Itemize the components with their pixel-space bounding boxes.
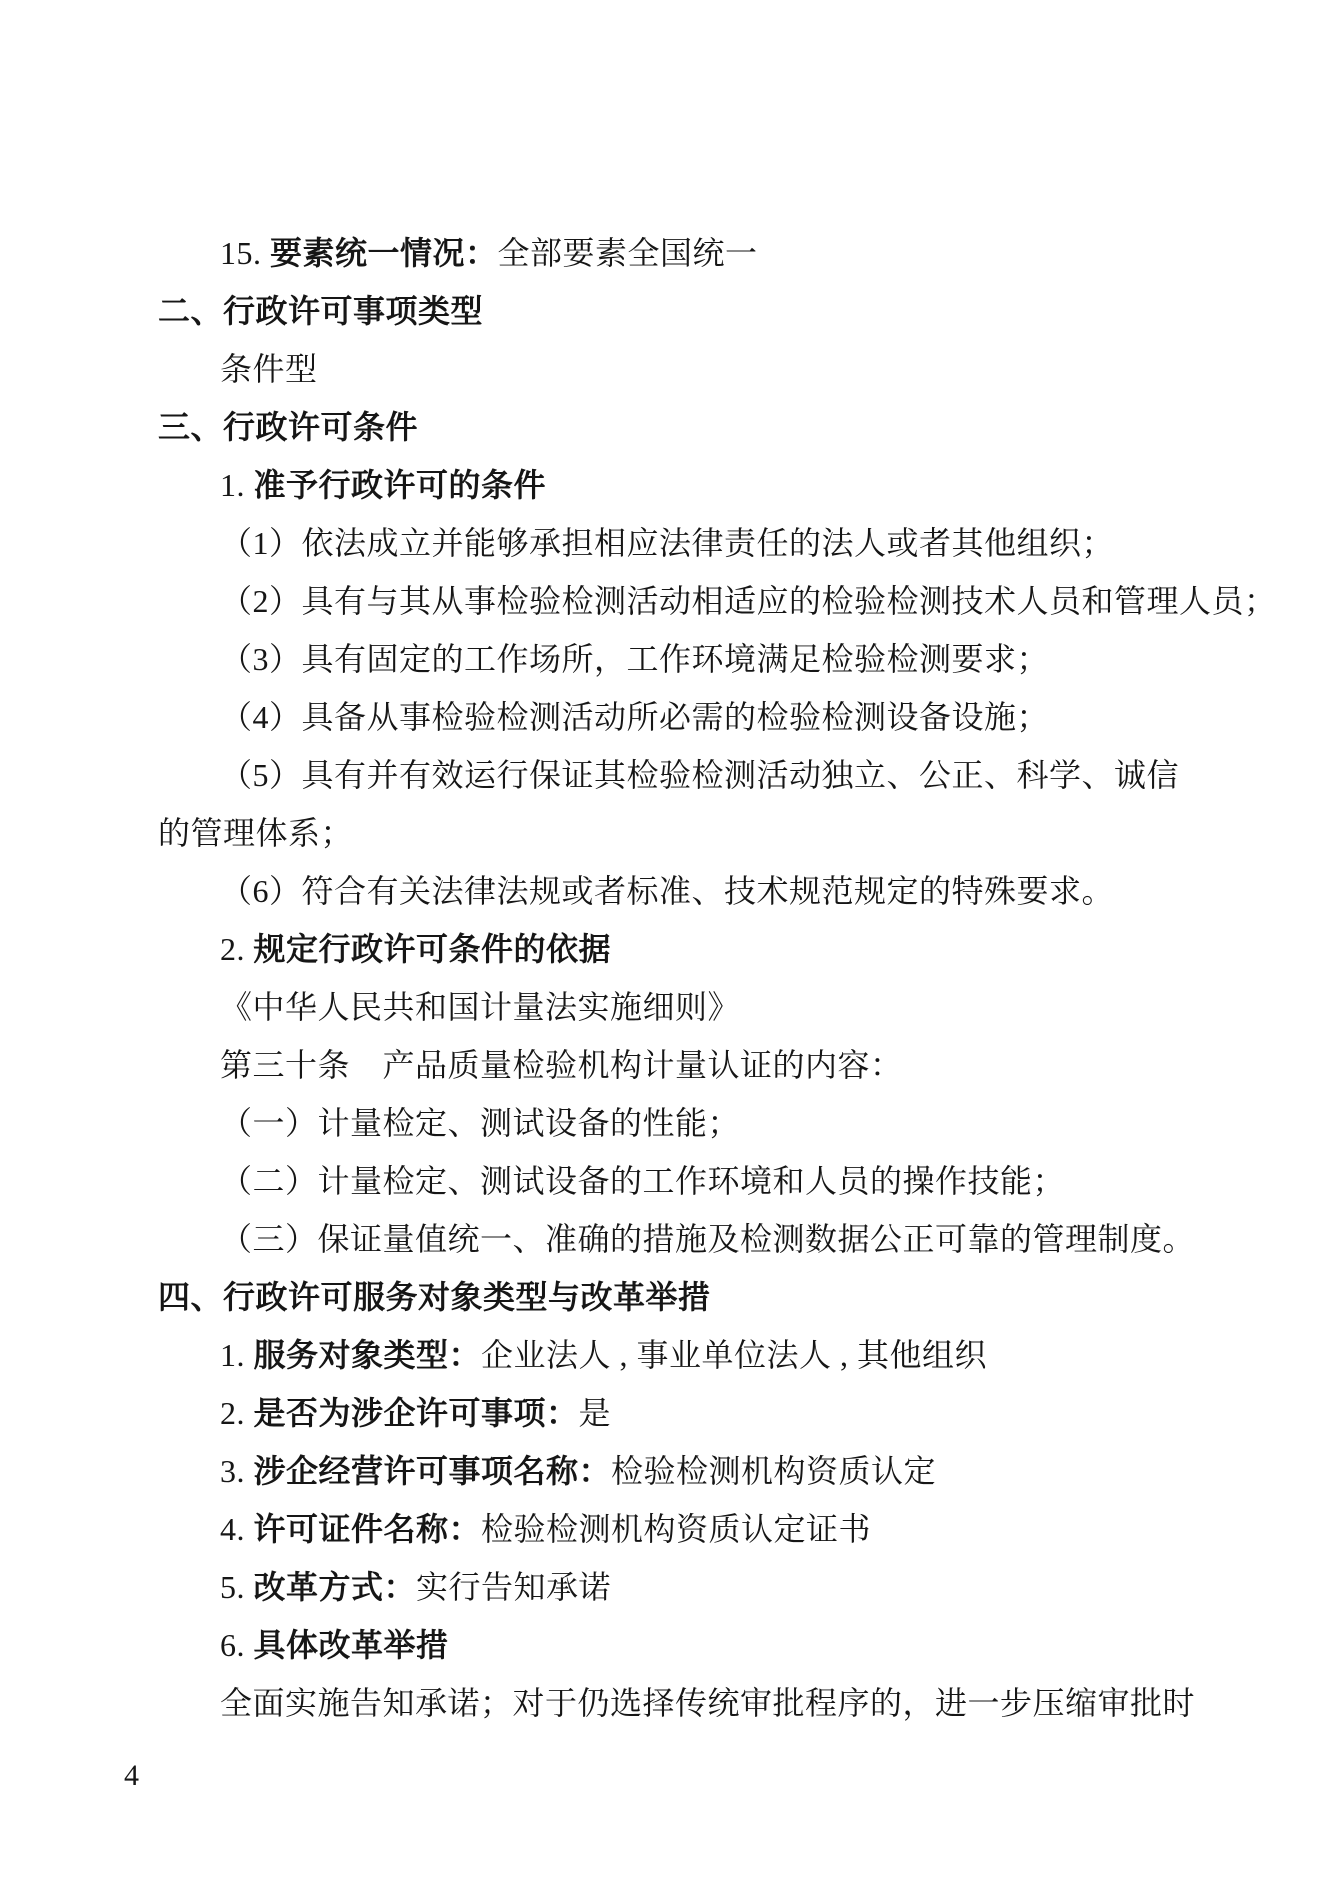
item-value: 实行告知承诺 xyxy=(416,1569,611,1605)
section-heading: 二、行政许可事项类型 xyxy=(158,282,1220,340)
numbered-item-line: 2. 是否为涉企许可事项：是 xyxy=(158,1384,1220,1442)
text-line: （2）具有与其从事检验检测活动相适应的检验检测技术人员和管理人员； xyxy=(158,572,1220,630)
item-number: 2. xyxy=(220,1395,254,1431)
numbered-item-line: 1. 准予行政许可的条件 xyxy=(158,456,1220,514)
text-line: （6）符合有关法律法规或者标准、技术规范规定的特殊要求。 xyxy=(158,862,1220,920)
text-line: 条件型 xyxy=(158,340,1220,398)
text-line: （3）具有固定的工作场所，工作环境满足检验检测要求； xyxy=(158,630,1220,688)
item-number: 5. xyxy=(220,1569,254,1605)
text-line: （三）保证量值统一、准确的措施及检测数据公正可靠的管理制度。 xyxy=(158,1210,1220,1268)
text-line: 全面实施告知承诺；对于仍选择传统审批程序的，进一步压缩审批时 xyxy=(158,1674,1220,1732)
item-label: 涉企经营许可事项名称： xyxy=(254,1453,612,1489)
numbered-item-line: 4. 许可证件名称：检验检测机构资质认定证书 xyxy=(158,1500,1220,1558)
item-value: 企业法人 , 事业单位法人 , 其他组织 xyxy=(481,1337,987,1373)
numbered-item-line: 6. 具体改革举措 xyxy=(158,1616,1220,1674)
item-number: 15. xyxy=(220,235,270,271)
item-number: 4. xyxy=(220,1511,254,1547)
item-label: 规定行政许可条件的依据 xyxy=(254,931,612,967)
document-body: 15. 要素统一情况：全部要素全国统一二、行政许可事项类型条件型三、行政许可条件… xyxy=(158,224,1220,1732)
item-label: 是否为涉企许可事项： xyxy=(254,1395,579,1431)
item-value: 全部要素全国统一 xyxy=(498,235,758,271)
section-heading: 四、行政许可服务对象类型与改革举措 xyxy=(158,1268,1220,1326)
numbered-item-line: 3. 涉企经营许可事项名称：检验检测机构资质认定 xyxy=(158,1442,1220,1500)
document-page: 15. 要素统一情况：全部要素全国统一二、行政许可事项类型条件型三、行政许可条件… xyxy=(0,0,1339,1890)
item-label: 许可证件名称： xyxy=(254,1511,482,1547)
numbered-item-line: 15. 要素统一情况：全部要素全国统一 xyxy=(158,224,1220,282)
item-number: 2. xyxy=(220,931,254,967)
item-number: 1. xyxy=(220,1337,254,1373)
text-line: （4）具备从事检验检测活动所必需的检验检测设备设施； xyxy=(158,688,1220,746)
item-number: 3. xyxy=(220,1453,254,1489)
numbered-item-line: 2. 规定行政许可条件的依据 xyxy=(158,920,1220,978)
text-line: （一）计量检定、测试设备的性能； xyxy=(158,1094,1220,1152)
text-line: 第三十条 产品质量检验机构计量认证的内容： xyxy=(158,1036,1220,1094)
item-value: 检验检测机构资质认定 xyxy=(611,1453,936,1489)
item-number: 1. xyxy=(220,467,254,503)
item-value: 检验检测机构资质认定证书 xyxy=(481,1511,871,1547)
text-line: （5）具有并有效运行保证其检验检测活动独立、公正、科学、诚信 xyxy=(158,746,1220,804)
item-value: 是 xyxy=(579,1395,612,1431)
text-line: （1）依法成立并能够承担相应法律责任的法人或者其他组织； xyxy=(158,514,1220,572)
numbered-item-line: 1. 服务对象类型：企业法人 , 事业单位法人 , 其他组织 xyxy=(158,1326,1220,1384)
item-label: 改革方式： xyxy=(254,1569,417,1605)
item-label: 服务对象类型： xyxy=(254,1337,482,1373)
text-line: 《中华人民共和国计量法实施细则》 xyxy=(158,978,1220,1036)
numbered-item-line: 5. 改革方式：实行告知承诺 xyxy=(158,1558,1220,1616)
section-heading: 三、行政许可条件 xyxy=(158,398,1220,456)
item-label: 准予行政许可的条件 xyxy=(254,467,547,503)
item-number: 6. xyxy=(220,1627,254,1663)
item-label: 要素统一情况： xyxy=(270,235,498,271)
page-number: 4 xyxy=(124,1756,139,1796)
item-label: 具体改革举措 xyxy=(254,1627,449,1663)
text-line: （二）计量检定、测试设备的工作环境和人员的操作技能； xyxy=(158,1152,1220,1210)
text-line: 的管理体系； xyxy=(158,804,1220,862)
